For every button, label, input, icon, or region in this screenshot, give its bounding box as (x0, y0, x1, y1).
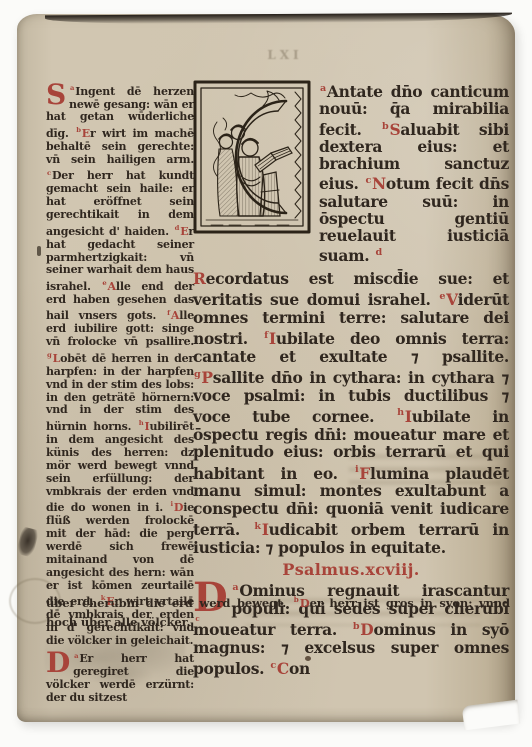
german-overflow-lines: über cherubin die erd werd bewegt. bDer … (46, 592, 510, 630)
latin-text: aAntate dn̄o canticum nouū: q̄a mirabili… (319, 82, 509, 265)
lombardic-initial-s: S (46, 83, 66, 107)
scan-background: LXI SaIngent dē herzen newē gesang: wān … (0, 0, 532, 747)
leaf-top-shadow-edge (45, 13, 512, 25)
psalm-heading: Psalmus.xcviij. (193, 560, 509, 579)
margin-speck (37, 246, 41, 256)
german-text: aIngent dē herzen newē gesang: wān er ha… (46, 85, 194, 647)
latin-text-column: aAntate dn̄o canticum nouū: q̄a mirabili… (319, 80, 509, 265)
lombardic-initial-d: D (46, 651, 70, 675)
german-psalm-paragraph: DaEr herr hat geregiret die völcker werd… (46, 650, 194, 705)
folio-number: LXI (245, 48, 325, 62)
woodcut-row: aAntate dn̄o canticum nouū: q̄a mirabili… (193, 80, 509, 265)
latin-text: Recordatus est miscd̄ie sue: et veritati… (193, 269, 509, 558)
latin-text-block: aAntate dn̄o canticum nouū: q̄a mirabili… (193, 80, 509, 678)
german-psalm-paragraph: SaIngent dē herzen newē gesang: wān er h… (46, 82, 194, 648)
leaf-corner-notch (462, 700, 521, 731)
woodcut-initial-c (193, 80, 311, 234)
ink-stain (16, 526, 39, 557)
latin-full-width-paragraph: Recordatus est miscd̄ie sue: et veritati… (193, 270, 509, 558)
manuscript-leaf: LXI SaIngent dē herzen newē gesang: wān … (17, 14, 515, 722)
german-text: über cherubin die erd werd bewegt. bDer … (46, 596, 510, 629)
